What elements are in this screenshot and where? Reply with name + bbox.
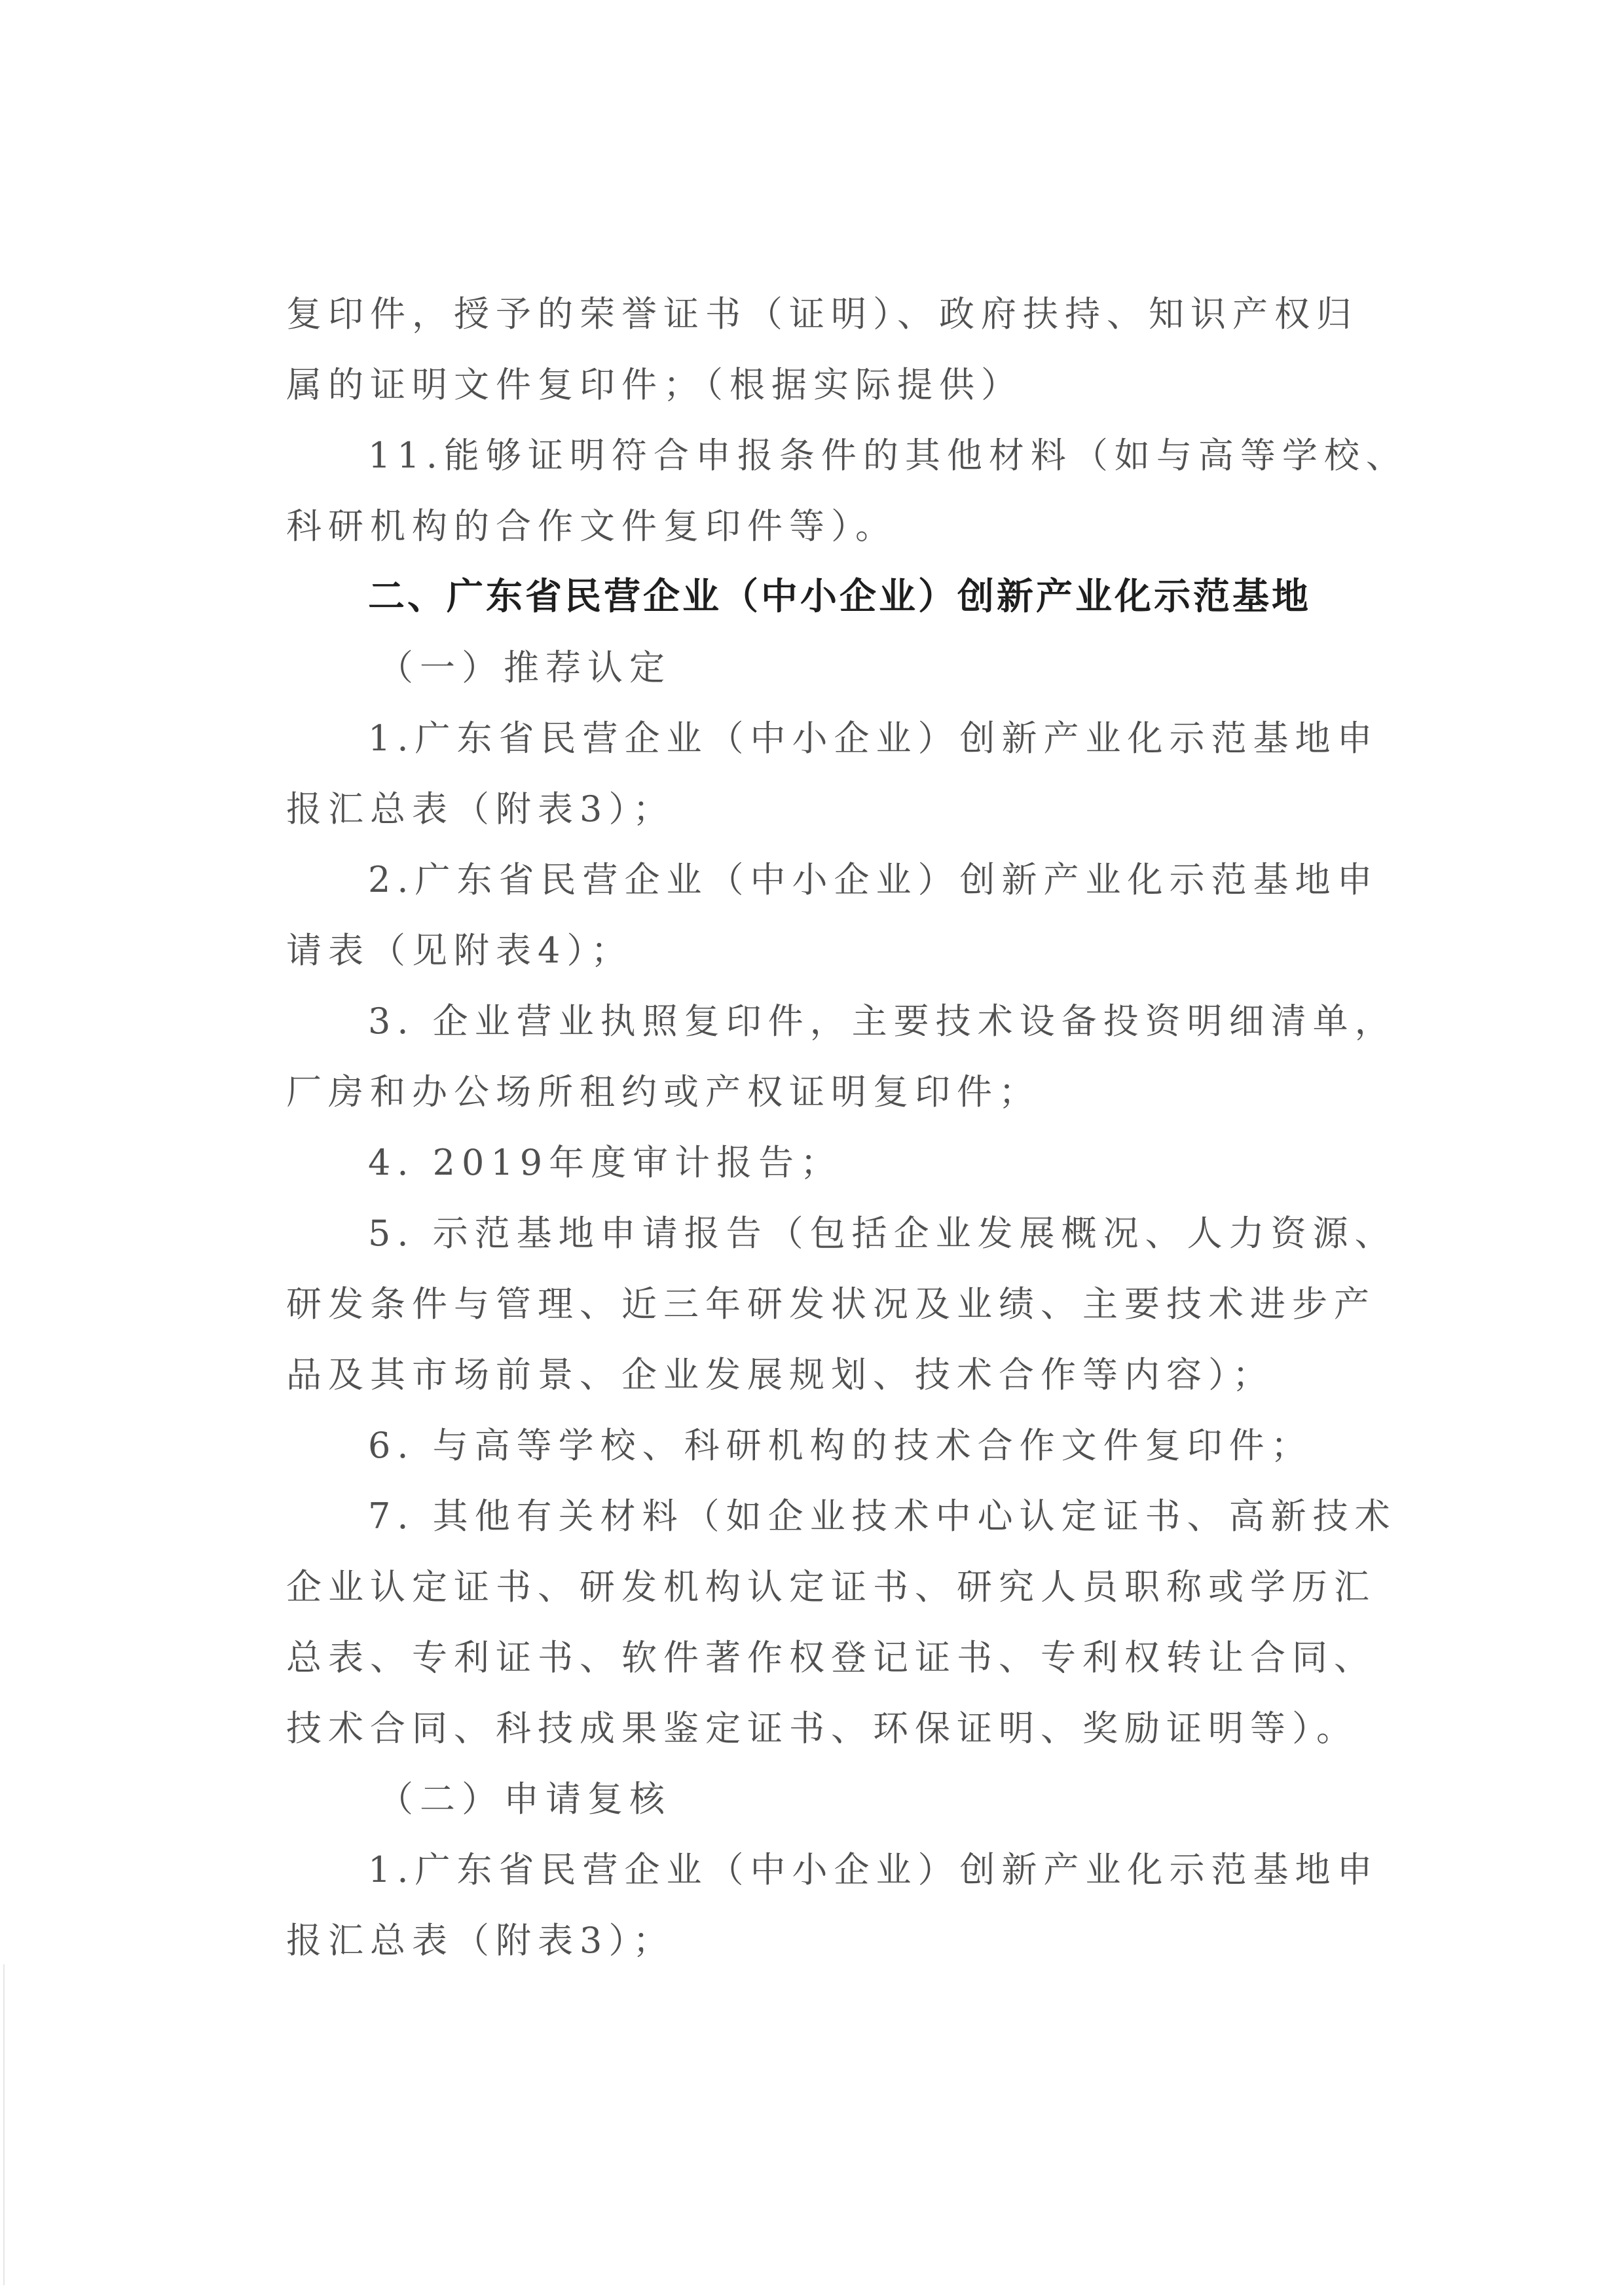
text-line-continuation: 企业认定证书、研发机构认定证书、研究人员职称或学历汇 <box>286 1561 1376 1613</box>
text-line-continuation: 厂房和办公场所租约或产权证明复印件； <box>286 1066 1041 1118</box>
list-item-1: 1.广东省民营企业（中小企业）创新产业化示范基地申 <box>368 712 1379 765</box>
text-line-continuation: 请表（见附表4）； <box>286 925 633 977</box>
list-item-4: 4. 2019年度审计报告； <box>368 1137 842 1189</box>
text-line-continuation: 复印件，授予的荣誉证书（证明）、政府扶持、知识产权归 <box>286 288 1358 340</box>
text-line-continuation: 研发条件与管理、近三年研发状况及业绩、主要技术进步产 <box>286 1278 1376 1331</box>
list-item-6: 6. 与高等学校、科研机构的技术合作文件复印件； <box>368 1420 1313 1472</box>
list-item-7: 7. 其他有关材料（如企业技术中心认定证书、高新技术 <box>368 1490 1397 1543</box>
list-item-5: 5. 示范基地申请报告（包括企业发展概况、人力资源、 <box>368 1207 1397 1260</box>
text-line-continuation: 总表、专利证书、软件著作权登记证书、专利权转让合同、 <box>286 1632 1376 1684</box>
scan-edge-line <box>3 1964 5 2285</box>
list-item-2: 2.广东省民营企业（中小企业）创新产业化示范基地申 <box>368 854 1379 906</box>
list-item-1-review: 1.广东省民营企业（中小企业）创新产业化示范基地申 <box>368 1844 1379 1896</box>
document-page: 复印件，授予的荣誉证书（证明）、政府扶持、知识产权归 属的证明文件复印件；（根据… <box>0 0 1624 2295</box>
text-line-continuation: 技术合同、科技成果鉴定证书、环保证明、奖励证明等）。 <box>286 1702 1358 1755</box>
subsection-heading-recommend: （一）推荐认定 <box>378 642 671 694</box>
text-line-continuation: 品及其市场前景、企业发展规划、技术合作等内容）； <box>286 1349 1274 1401</box>
subsection-heading-review: （二）申请复核 <box>378 1773 671 1826</box>
text-line-continuation: 属的证明文件复印件；（根据实际提供） <box>286 359 1023 411</box>
section-heading-2: 二、广东省民营企业（中小企业）创新产业化示范基地 <box>368 571 1311 623</box>
text-line-continuation: 科研机构的合作文件复印件等）。 <box>286 500 897 553</box>
text-line-continuation: 报汇总表（附表3）； <box>286 1915 674 1967</box>
text-line-continuation: 报汇总表（附表3）； <box>286 783 674 835</box>
list-item-11: 11.能够证明符合申报条件的其他材料（如与高等学校、 <box>368 430 1408 482</box>
list-item-3: 3. 企业营业执照复印件，主要技术设备投资明细清单， <box>368 995 1397 1048</box>
